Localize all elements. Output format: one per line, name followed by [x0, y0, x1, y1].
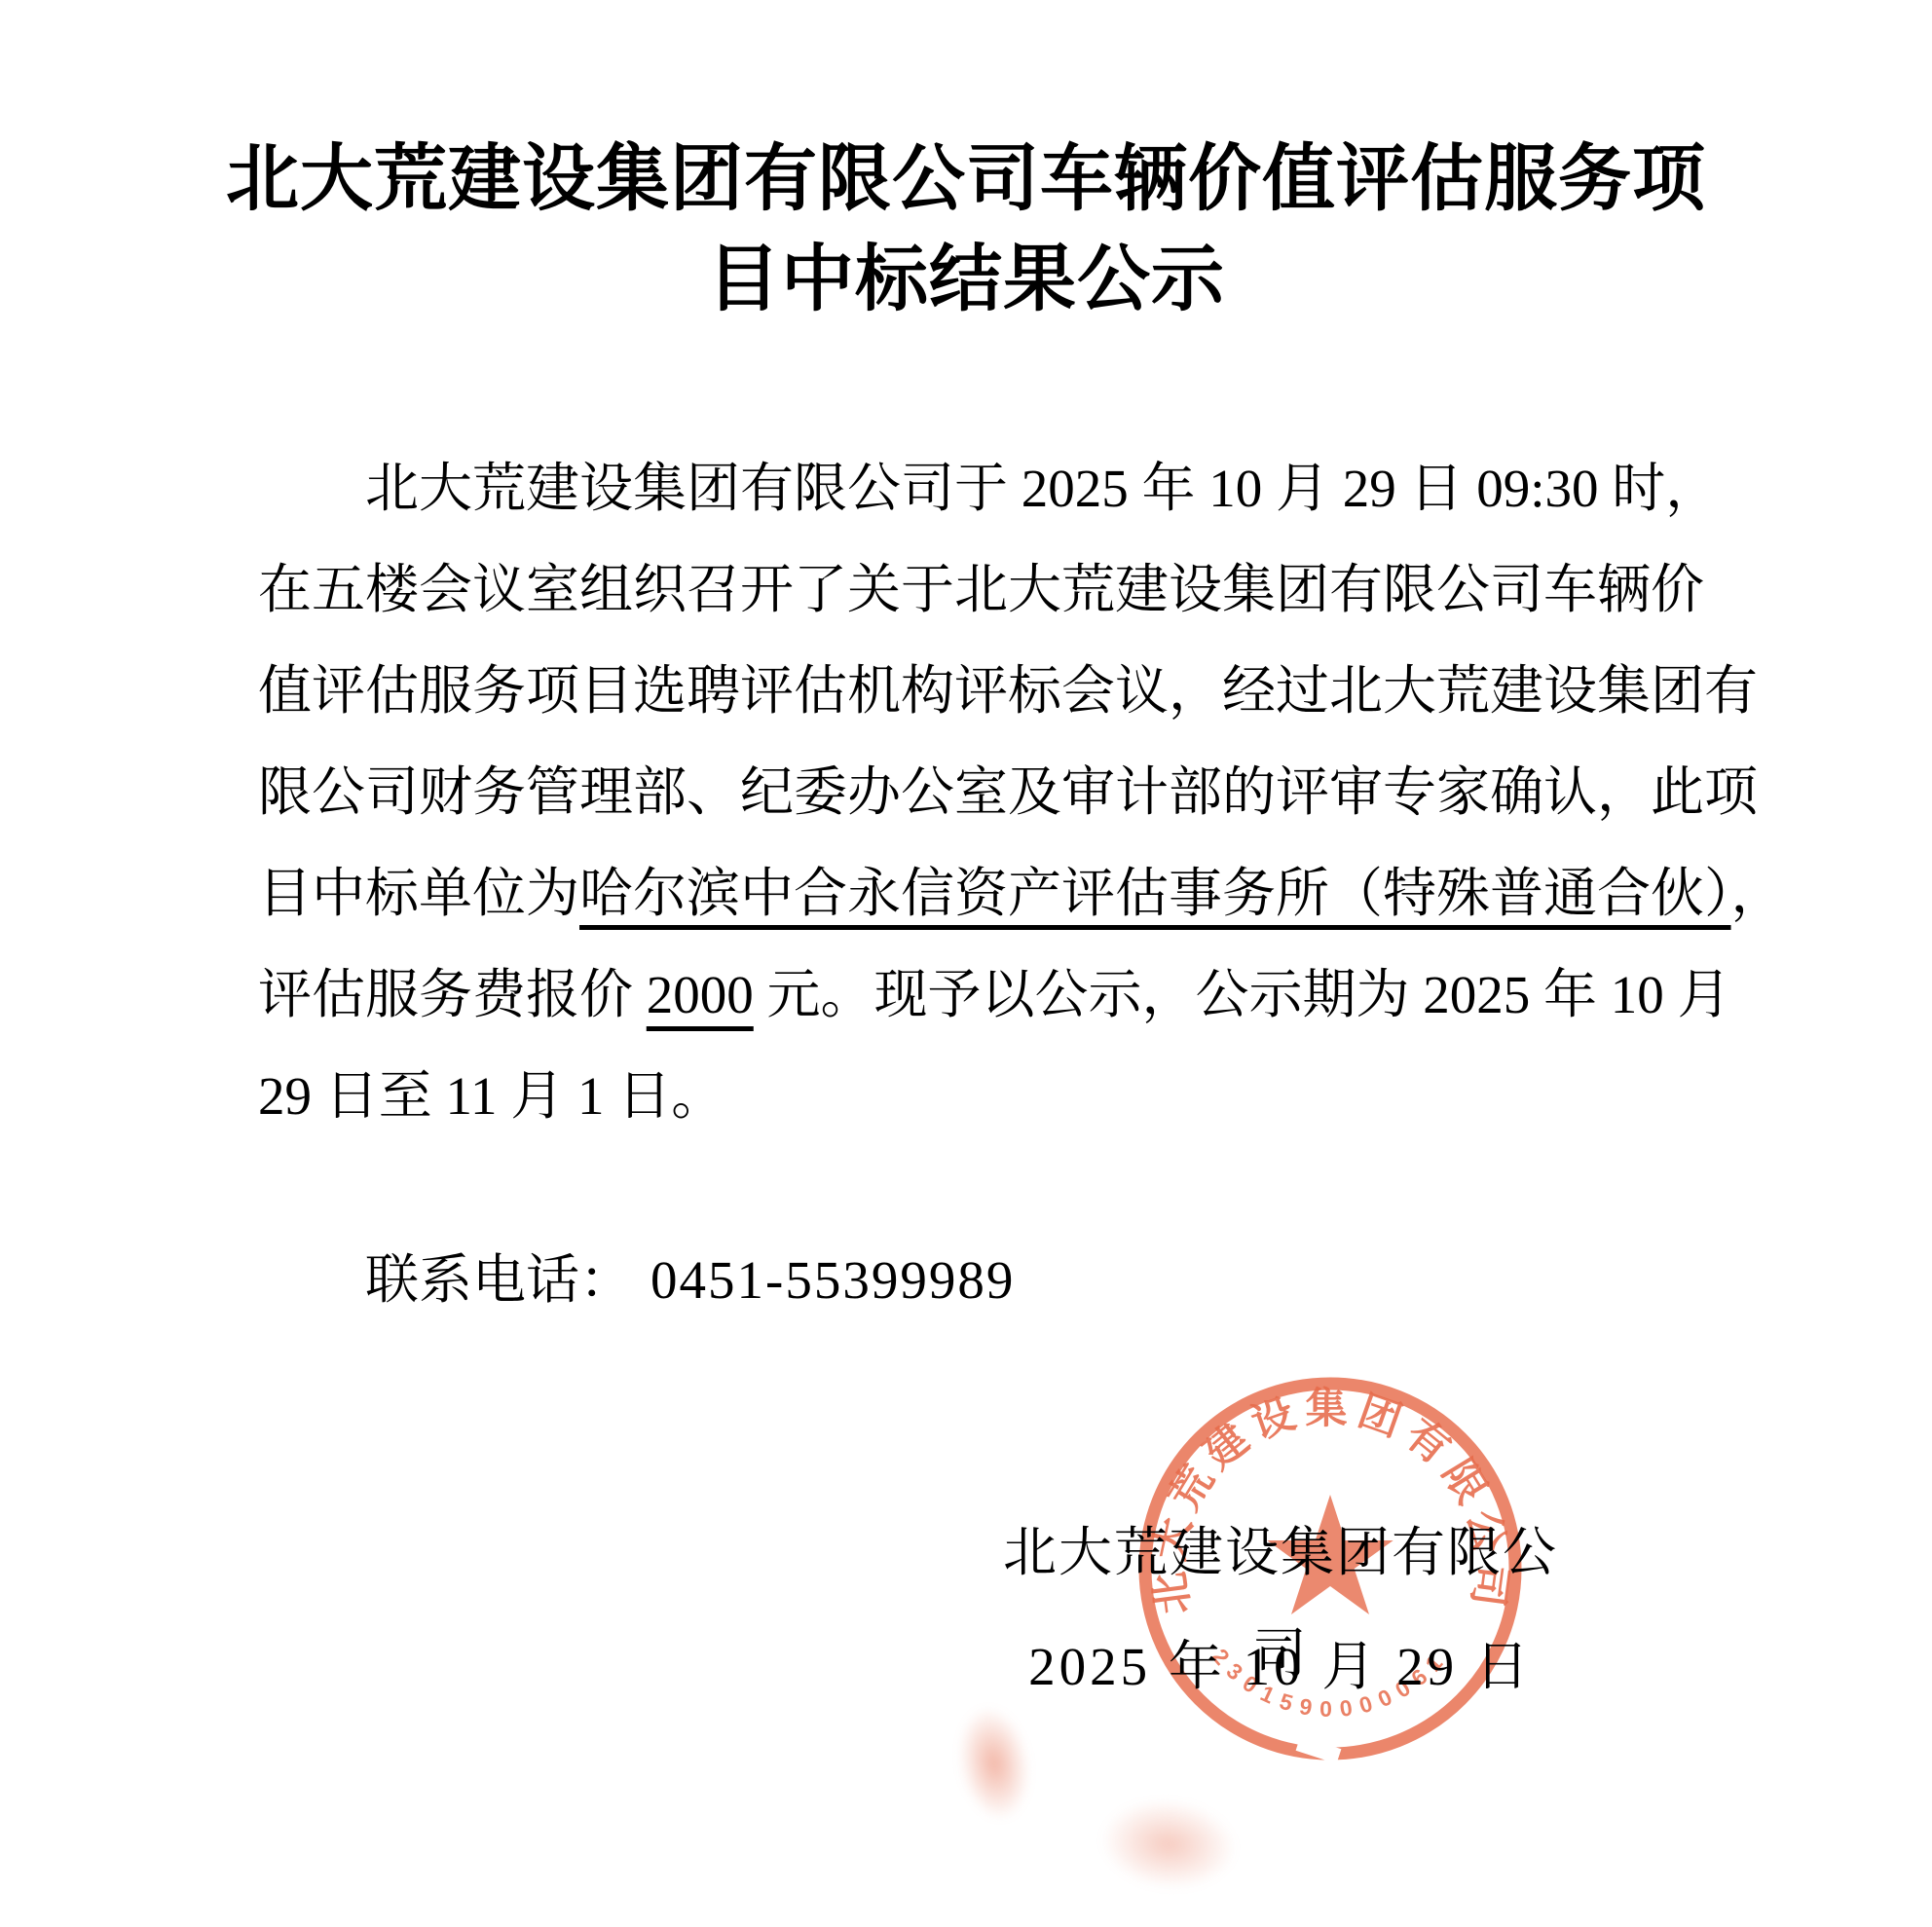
body-text: 值评估服务项目选聘评估机构评标会议，经过北大荒建设集团有 [258, 661, 1758, 721]
body-line: 29 日至 11 月 1 日。 [258, 1046, 1694, 1147]
body-text: 限公司财务管理部、纪委办公室及审计部的评审专家确认，此项 [258, 762, 1758, 822]
body-line: 在五楼会议室组织召开了关于北大荒建设集团有限公司车辆价 [258, 539, 1694, 641]
title-line-1: 北大荒建设集团有限公司车辆价值评估服务项 [0, 130, 1932, 230]
body-line: 值评估服务项目选聘评估机构评标会议，经过北大荒建设集团有 [258, 641, 1694, 742]
contact-line: 联系电话：0451-55399989 [258, 1230, 1694, 1331]
body-line: 目中标单位为哈尔滨中合永信资产评估事务所（特殊普通合伙）， [258, 843, 1694, 945]
signature-date: 2025 年 10 月 29 日 [979, 1616, 1582, 1718]
body-line: 限公司财务管理部、纪委办公室及审计部的评审专家确认，此项 [258, 742, 1694, 843]
document-page: 北大荒建设集团有限公司车辆价值评估服务项 目中标结果公示 北大荒建设集团有限公司… [0, 0, 1932, 1927]
underlined-text: 哈尔滨中合永信资产评估事务所（特殊普通合伙） [579, 864, 1731, 923]
body-text: ， [1731, 864, 1785, 923]
body-text: 元。现予以公示，公示期为 2025 年 10 月 [754, 965, 1731, 1024]
body-text: 评估服务费报价 [258, 965, 647, 1024]
body-paragraph: 北大荒建设集团有限公司于 2025 年 10 月 29 日 09:30 时，在五… [258, 438, 1694, 1147]
contact-label: 联系电话： [365, 1250, 633, 1310]
body-line: 评估服务费报价 2000 元。现予以公示，公示期为 2025 年 10 月 [258, 945, 1694, 1046]
seal-smudge [949, 1701, 1038, 1827]
body-line: 北大荒建设集团有限公司于 2025 年 10 月 29 日 09:30 时， [258, 438, 1694, 539]
seal-smudge [1096, 1793, 1242, 1896]
document-title: 北大荒建设集团有限公司车辆价值评估服务项 目中标结果公示 [0, 130, 1932, 330]
contact-phone: 0451-55399989 [650, 1250, 1015, 1310]
title-line-2: 目中标结果公示 [0, 230, 1932, 330]
body-text: 北大荒建设集团有限公司于 2025 年 10 月 29 日 09:30 时， [365, 459, 1719, 518]
body-text: 目中标单位为 [258, 864, 579, 923]
underlined-text: 2000 [647, 965, 754, 1024]
body-text: 在五楼会议室组织召开了关于北大荒建设集团有限公司车辆价 [258, 560, 1704, 619]
body-text: 29 日至 11 月 1 日。 [258, 1066, 724, 1126]
